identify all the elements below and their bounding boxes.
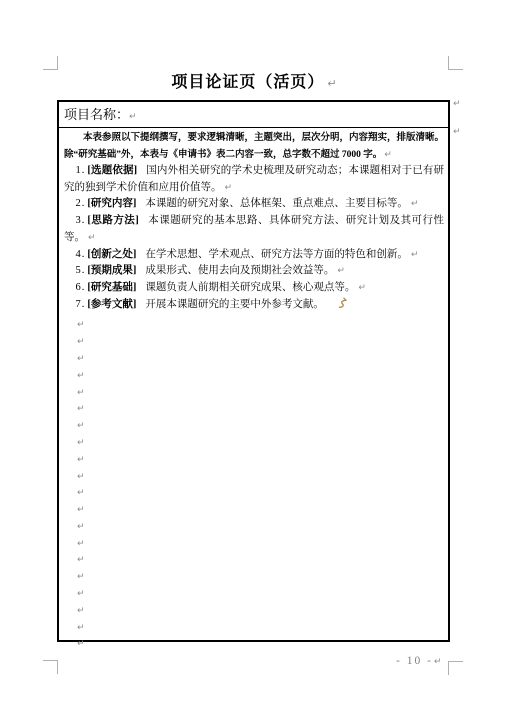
- guideline-item-4: 4.[创新之处]在学术思想、学术观点、研究方法等方面的特色和创新。↵: [64, 247, 444, 264]
- empty-line: ↵: [64, 383, 444, 400]
- pilcrow-mark: ↵: [327, 77, 336, 90]
- pilcrow-mark: ↵: [77, 337, 85, 347]
- page-title: 项目论证页（活页）↵: [0, 69, 508, 92]
- empty-line: ↵: [64, 315, 444, 332]
- pilcrow-mark: ↵: [77, 472, 85, 482]
- empty-line: ↵: [64, 433, 444, 450]
- item-number: 7.: [76, 299, 86, 310]
- empty-line: ↵: [64, 601, 444, 618]
- pilcrow-mark: ↵: [77, 539, 85, 549]
- item-number: 1.: [76, 165, 86, 176]
- empty-line: ↵: [64, 500, 444, 517]
- empty-line: ↵: [64, 450, 444, 467]
- guideline-item-5: 5.[预期成果]成果形式、使用去向及预期社会效益等。↵: [64, 263, 444, 280]
- pilcrow-mark: ↵: [77, 589, 85, 599]
- empty-line: ↵: [64, 349, 444, 366]
- pilcrow-mark: ↵: [77, 555, 85, 565]
- empty-line: ↵: [64, 467, 444, 484]
- margin-crop-mark-bottom-left: [43, 660, 58, 674]
- guideline-item-2: 2.[研究内容]本课题的研究对象、总体框架、重点难点、主要目标等。↵: [64, 196, 444, 213]
- guideline-item-7: 7.[参考文献]开展本课题研究的主要中外参考文献。: [64, 297, 444, 316]
- item-label: [预期成果]: [87, 265, 136, 276]
- empty-line: ↵: [64, 416, 444, 433]
- pilcrow-mark: ↵: [129, 112, 137, 122]
- pilcrow-mark: ↵: [77, 572, 85, 582]
- item-number: 3.: [76, 215, 86, 226]
- project-name-cell[interactable]: 项目名称：↵: [59, 102, 448, 128]
- project-form-table: 项目名称：↵ 本表参照以下提纲撰写，要求逻辑清晰，主题突出，层次分明，内容翔实，…: [57, 100, 450, 642]
- row-end-pilcrow: ↵: [453, 99, 461, 109]
- pilcrow-mark: ↵: [77, 354, 85, 364]
- pilcrow-mark: ↵: [384, 150, 392, 160]
- guideline-item-6: 6.[研究基础]课题负责人前期相关研究成果、核心观点等。↵: [64, 280, 444, 297]
- margin-crop-mark-top-left: [43, 56, 58, 70]
- empty-line: ↵: [64, 567, 444, 584]
- item-desc: 课题负责人前期相关研究成果、核心观点等。: [145, 282, 355, 293]
- pilcrow-mark: ↵: [77, 488, 85, 498]
- guideline-item-1: 1.[选题依据]国内外相关研究的学术史梳理及研究动态；本课题相对于已有研究的独到…: [64, 163, 444, 196]
- project-name-label: 项目名称：: [64, 107, 129, 122]
- empty-line: ↵: [64, 332, 444, 349]
- pilcrow-mark: ↵: [77, 455, 85, 465]
- item-desc: 成果形式、使用去向及预期社会效益等。: [145, 265, 334, 276]
- pilcrow-mark: ↵: [225, 183, 233, 193]
- empty-line: ↵: [64, 534, 444, 551]
- empty-line: ↵: [64, 366, 444, 383]
- intro-paragraph: 本表参照以下提纲撰写，要求逻辑清晰，主题突出，层次分明，内容翔实，排版清晰。除“…: [64, 130, 444, 163]
- pilcrow-mark: ↵: [411, 199, 419, 209]
- pilcrow-mark: ↵: [77, 623, 85, 633]
- gold-cursor-icon: [327, 297, 350, 316]
- item-label: [思路方法]: [87, 215, 138, 226]
- pilcrow-mark: ↵: [77, 388, 85, 398]
- pilcrow-mark: ↵: [77, 438, 85, 448]
- guideline-item-3: 3.[思路方法]本课题研究的基本思路、具体研究方法、研究计划及其可行性等。↵: [64, 213, 444, 246]
- item-desc: 开展本课题研究的主要中外参考文献。: [145, 299, 324, 310]
- form-body-cell[interactable]: 本表参照以下提纲撰写，要求逻辑清晰，主题突出，层次分明，内容翔实，排版清晰。除“…: [59, 128, 448, 651]
- row-end-pilcrow: ↵: [453, 127, 461, 137]
- pilcrow-mark: ↵: [337, 266, 345, 276]
- empty-line: ↵: [64, 584, 444, 601]
- item-label: [选题依据]: [87, 165, 137, 176]
- margin-crop-mark-top-right: [448, 56, 463, 70]
- pilcrow-mark: ↵: [77, 606, 85, 616]
- pilcrow-mark: ↵: [411, 250, 419, 260]
- empty-line: ↵: [64, 399, 444, 416]
- page-number: - 10 -: [396, 655, 433, 667]
- empty-line: ↵: [64, 618, 444, 635]
- empty-line: ↵: [64, 483, 444, 500]
- item-number: 5.: [76, 265, 86, 276]
- item-label: [研究基础]: [87, 282, 136, 293]
- empty-line: ↵: [64, 634, 444, 651]
- item-number: 4.: [76, 249, 86, 260]
- empty-paragraph-lines: ↵↵↵↵↵↵↵↵↵↵↵↵↵↵↵↵↵↵↵↵: [64, 315, 444, 651]
- pilcrow-mark: ↵: [77, 522, 85, 532]
- item-desc: 本课题的研究对象、总体框架、重点难点、主要目标等。: [145, 198, 408, 209]
- pilcrow-mark: ↵: [77, 371, 85, 381]
- pilcrow-mark: ↵: [77, 404, 85, 414]
- document-page: { "title": { "text": "项目论证页（活页）" }, "for…: [0, 0, 508, 720]
- pilcrow-mark: ↵: [77, 505, 85, 515]
- empty-line: ↵: [64, 550, 444, 567]
- pilcrow-mark: ↵: [77, 320, 85, 330]
- item-label: [创新之处]: [87, 249, 136, 260]
- item-label: [参考文献]: [87, 299, 136, 310]
- pilcrow-mark: ↵: [434, 657, 442, 667]
- item-label: [研究内容]: [87, 198, 136, 209]
- page-footer: - 10 -↵: [396, 655, 466, 667]
- page-title-text: 项目论证页（活页）: [171, 74, 324, 91]
- pilcrow-mark: ↵: [88, 233, 96, 243]
- pilcrow-mark: ↵: [358, 283, 366, 293]
- pilcrow-mark: ↵: [77, 421, 85, 431]
- item-number: 2.: [76, 198, 86, 209]
- item-number: 6.: [76, 282, 86, 293]
- pilcrow-mark: ↵: [77, 639, 85, 649]
- item-desc: 在学术思想、学术观点、研究方法等方面的特色和创新。: [145, 249, 408, 260]
- empty-line: ↵: [64, 517, 444, 534]
